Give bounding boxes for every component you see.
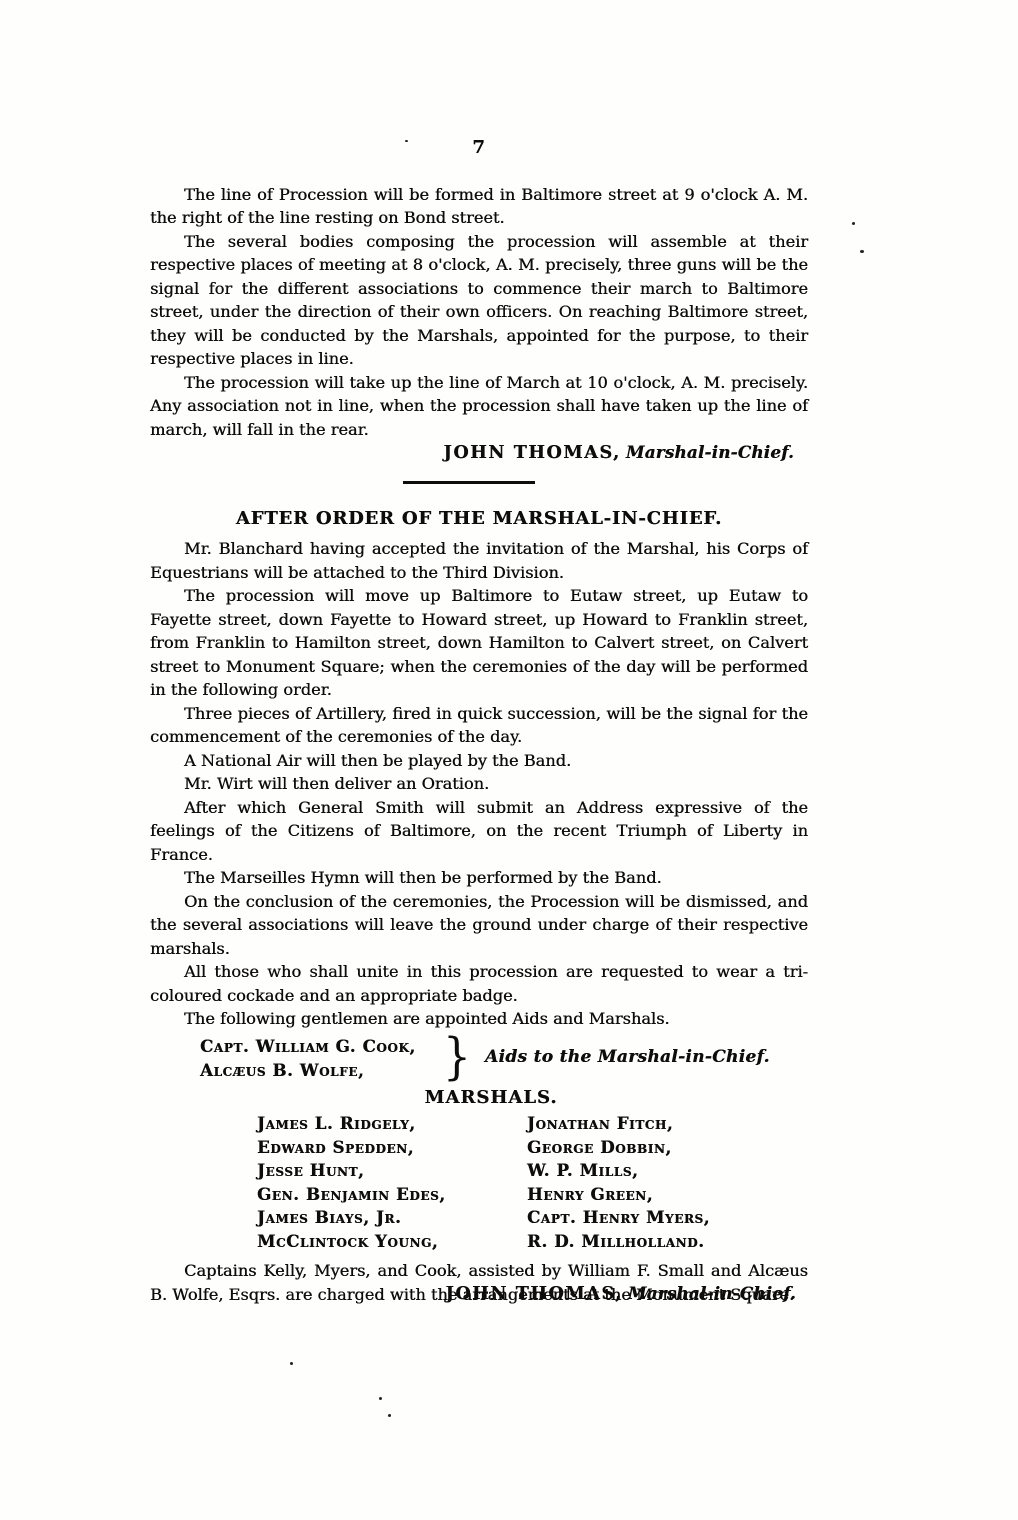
aid-name: Capt. William G. Cook,: [200, 1034, 443, 1059]
aids-label: Aids to the Marshal-in-Chief.: [485, 1046, 770, 1070]
section-divider-rule: [403, 481, 535, 484]
marshal-name: McClintock Young,: [257, 1230, 527, 1254]
page-number: 7: [150, 136, 808, 160]
signature-title: Marshal-in-Chief.: [626, 442, 794, 462]
section-heading: AFTER ORDER OF THE MARSHAL-IN-CHIEF.: [150, 507, 808, 531]
paragraph: The line of Procession will be formed in…: [150, 183, 808, 230]
marshal-name: Jonathan Fitch,: [527, 1112, 710, 1136]
signature-line: JOHN THOMAS, Marshal-in-Chief.: [445, 1282, 796, 1307]
scan-speck: [290, 1362, 293, 1365]
after-order-section: AFTER ORDER OF THE MARSHAL-IN-CHIEF. Mr.…: [150, 507, 808, 1307]
orders-section: The line of Procession will be formed in…: [150, 183, 808, 466]
marshal-name: Capt. Henry Myers,: [527, 1206, 710, 1230]
paragraph: The procession will move up Baltimore to…: [150, 584, 808, 702]
marshal-name: Henry Green,: [527, 1183, 710, 1207]
paragraph: The following gentlemen are appointed Ai…: [150, 1007, 808, 1031]
paragraph: The several bodies composing the process…: [150, 230, 808, 371]
paragraph: On the conclusion of the ceremonies, the…: [150, 890, 808, 961]
aids-block: Capt. William G. Cook, Alcæus B. Wolfe, …: [150, 1034, 808, 1083]
marshals-heading: MARSHALS.: [162, 1086, 820, 1110]
signature-name: JOHN THOMAS,: [445, 1284, 622, 1304]
aids-names: Capt. William G. Cook, Alcæus B. Wolfe,: [200, 1034, 443, 1083]
paragraph: Three pieces of Artillery, fired in quic…: [150, 702, 808, 749]
marshals-right-column: Jonathan Fitch, George Dobbin, W. P. Mil…: [527, 1112, 710, 1253]
paragraph: After which General Smith will submit an…: [150, 796, 808, 867]
marshal-name: Edward Spedden,: [257, 1136, 527, 1160]
marshal-name: Jesse Hunt,: [257, 1159, 527, 1183]
marshal-name: Gen. Benjamin Edes,: [257, 1183, 527, 1207]
scan-speck: [388, 1414, 391, 1417]
scan-speck: [379, 1397, 382, 1400]
marshal-name: James L. Ridgely,: [257, 1112, 527, 1136]
marshals-list: James L. Ridgely, Edward Spedden, Jesse …: [150, 1112, 808, 1253]
aid-name: Alcæus B. Wolfe,: [200, 1058, 443, 1083]
signature-title: Marshal-in-Chief.: [628, 1283, 796, 1303]
scan-speck: [860, 250, 864, 253]
paragraph: A National Air will then be played by th…: [150, 749, 808, 773]
marshal-name: W. P. Mills,: [527, 1159, 710, 1183]
scan-speck: [405, 140, 408, 142]
marshals-left-column: James L. Ridgely, Edward Spedden, Jesse …: [257, 1112, 527, 1253]
text-column: 7 The line of Procession will be formed …: [150, 0, 808, 1306]
brace-glyph: }: [443, 1033, 471, 1082]
marshal-name: R. D. Millholland.: [527, 1230, 710, 1254]
paragraph: Mr. Wirt will then deliver an Oration.: [150, 772, 808, 796]
scanned-document-page: 7 The line of Procession will be formed …: [0, 0, 1018, 1520]
paragraph: All those who shall unite in this proces…: [150, 960, 808, 1007]
paragraph: Mr. Blanchard having accepted the invita…: [150, 537, 808, 584]
signature-line: JOHN THOMAS, Marshal-in-Chief.: [150, 441, 808, 466]
paragraph: The procession will take up the line of …: [150, 371, 808, 442]
paragraph: The Marseilles Hymn will then be perform…: [150, 866, 808, 890]
scan-speck: [852, 222, 855, 225]
marshal-name: George Dobbin,: [527, 1136, 710, 1160]
marshal-name: James Biays, Jr.: [257, 1206, 527, 1230]
signature-name: JOHN THOMAS,: [443, 443, 620, 463]
closing-block: Captains Kelly, Myers, and Cook, assiste…: [150, 1259, 808, 1306]
